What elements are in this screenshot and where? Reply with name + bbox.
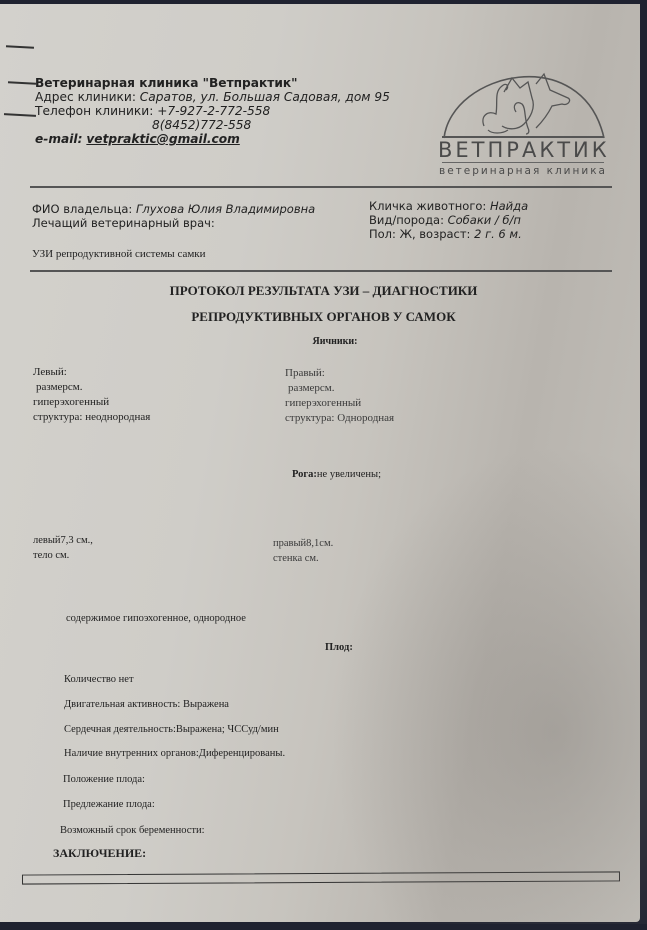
photo-shadow bbox=[330, 444, 647, 924]
clinic-name: Ветеринарная клиника "Ветпрактик" bbox=[35, 76, 298, 90]
owner-block: ФИО владельца: Глухова Юлия Владимировна… bbox=[32, 202, 315, 230]
protocol-title-line1: ПРОТОКОЛ РЕЗУЛЬТАТА УЗИ – ДИАГНОСТИКИ bbox=[0, 283, 647, 299]
left-ovary-size: размерсм. bbox=[33, 380, 150, 395]
phone-label: Телефон клиники: bbox=[35, 104, 153, 118]
horn-right-block: правый8,1см. стенка см. bbox=[273, 536, 333, 566]
email-link[interactable]: vetpraktic@gmail.com bbox=[86, 132, 239, 146]
protocol-title-line2: РЕПРОДУКТИВНЫХ ОРГАНОВ У САМОК bbox=[0, 309, 647, 325]
fetus-heading: Плод: bbox=[325, 640, 353, 655]
document-page: Ветеринарная клиника "Ветпрактик" Адрес … bbox=[0, 4, 640, 922]
fetus-line: Сердечная деятельность:Выражена; ЧССуд/м… bbox=[64, 722, 279, 737]
right-ovary-size: размерсм. bbox=[285, 381, 394, 396]
right-ovary-heading: Правый: bbox=[285, 366, 394, 381]
pen-mark bbox=[4, 113, 36, 116]
phone-2: 8(8452)772-558 bbox=[152, 118, 251, 132]
fetus-line: Наличие внутренних органов:Диференцирова… bbox=[64, 746, 285, 761]
fetus-line: Возможный срок беременности: bbox=[60, 823, 205, 838]
logo-rule bbox=[442, 162, 604, 163]
uterus-body: тело см. bbox=[33, 548, 93, 563]
header-divider bbox=[30, 186, 612, 188]
exam-divider bbox=[30, 270, 612, 272]
left-ovary-structure: структура: неоднородная bbox=[33, 410, 150, 425]
fetus-line: Двигательная активность: Выражена bbox=[64, 697, 229, 712]
conclusion-box bbox=[22, 871, 620, 884]
conclusion-heading: ЗАКЛЮЧЕНИЕ: bbox=[53, 846, 146, 861]
owner-value: Глухова Юлия Владимировна bbox=[136, 202, 315, 216]
logo-name: ВЕТПРАКТИК bbox=[438, 138, 608, 162]
right-ovary-echo: гиперэхогенный bbox=[285, 396, 394, 411]
horn-left-block: левый7,3 см., тело см. bbox=[33, 533, 93, 563]
contents: содержимое гипоэхогенное, однородное bbox=[66, 611, 246, 626]
left-ovary: Левый: размерсм. гиперэхогенный структур… bbox=[33, 365, 150, 425]
species-value: Собаки / б/п bbox=[448, 213, 521, 227]
cat-dog-bird-line-art-icon bbox=[432, 52, 612, 142]
doctor-label: Лечащий ветеринарный врач: bbox=[32, 216, 215, 230]
fetus-line: Предлежание плода: bbox=[63, 797, 155, 812]
email-label: e-mail: bbox=[35, 132, 82, 146]
ovaries-heading: Яичники: bbox=[0, 334, 647, 349]
clinic-header: Ветеринарная клиника "Ветпрактик" Адрес … bbox=[35, 76, 390, 146]
sex-age-label: Пол: Ж, возраст: bbox=[369, 227, 470, 241]
right-ovary-structure: структура: Однородная bbox=[285, 411, 394, 426]
species-label: Вид/порода: bbox=[369, 213, 444, 227]
pen-mark bbox=[8, 81, 36, 84]
pet-block: Кличка животного: Найда Вид/порода: Соба… bbox=[369, 199, 528, 241]
pet-name-label: Кличка животного: bbox=[369, 199, 486, 213]
left-ovary-echo: гиперэхогенный bbox=[33, 395, 150, 410]
pen-mark bbox=[6, 45, 34, 48]
horns-value: не увеличены; bbox=[317, 469, 381, 480]
horns-label: Рога: bbox=[292, 469, 317, 480]
address-value: Саратов, ул. Большая Садовая, дом 95 bbox=[140, 90, 390, 104]
uterus-wall: стенка см. bbox=[273, 551, 333, 566]
fetus-line: Количество нет bbox=[64, 672, 134, 687]
horn-right: правый8,1см. bbox=[273, 536, 333, 551]
clinic-logo: ВЕТПРАКТИК ветеринарная клиника bbox=[432, 52, 612, 180]
fetus-line: Положение плода: bbox=[63, 772, 145, 787]
horns-row: Рога:не увеличены; bbox=[292, 467, 381, 482]
logo-subtitle: ветеринарная клиника bbox=[438, 165, 608, 177]
phone-1: +7-927-2-772-558 bbox=[157, 104, 270, 118]
address-label: Адрес клиники: bbox=[35, 90, 136, 104]
left-ovary-heading: Левый: bbox=[33, 365, 150, 380]
horn-left: левый7,3 см., bbox=[33, 533, 93, 548]
right-ovary: Правый: размерсм. гиперэхогенный структу… bbox=[285, 366, 394, 426]
owner-label: ФИО владельца: bbox=[32, 202, 132, 216]
pet-name-value: Найда bbox=[490, 199, 528, 213]
exam-type: УЗИ репродуктивной системы самки bbox=[32, 247, 206, 262]
sex-age-value: 2 г. 6 м. bbox=[474, 227, 522, 241]
